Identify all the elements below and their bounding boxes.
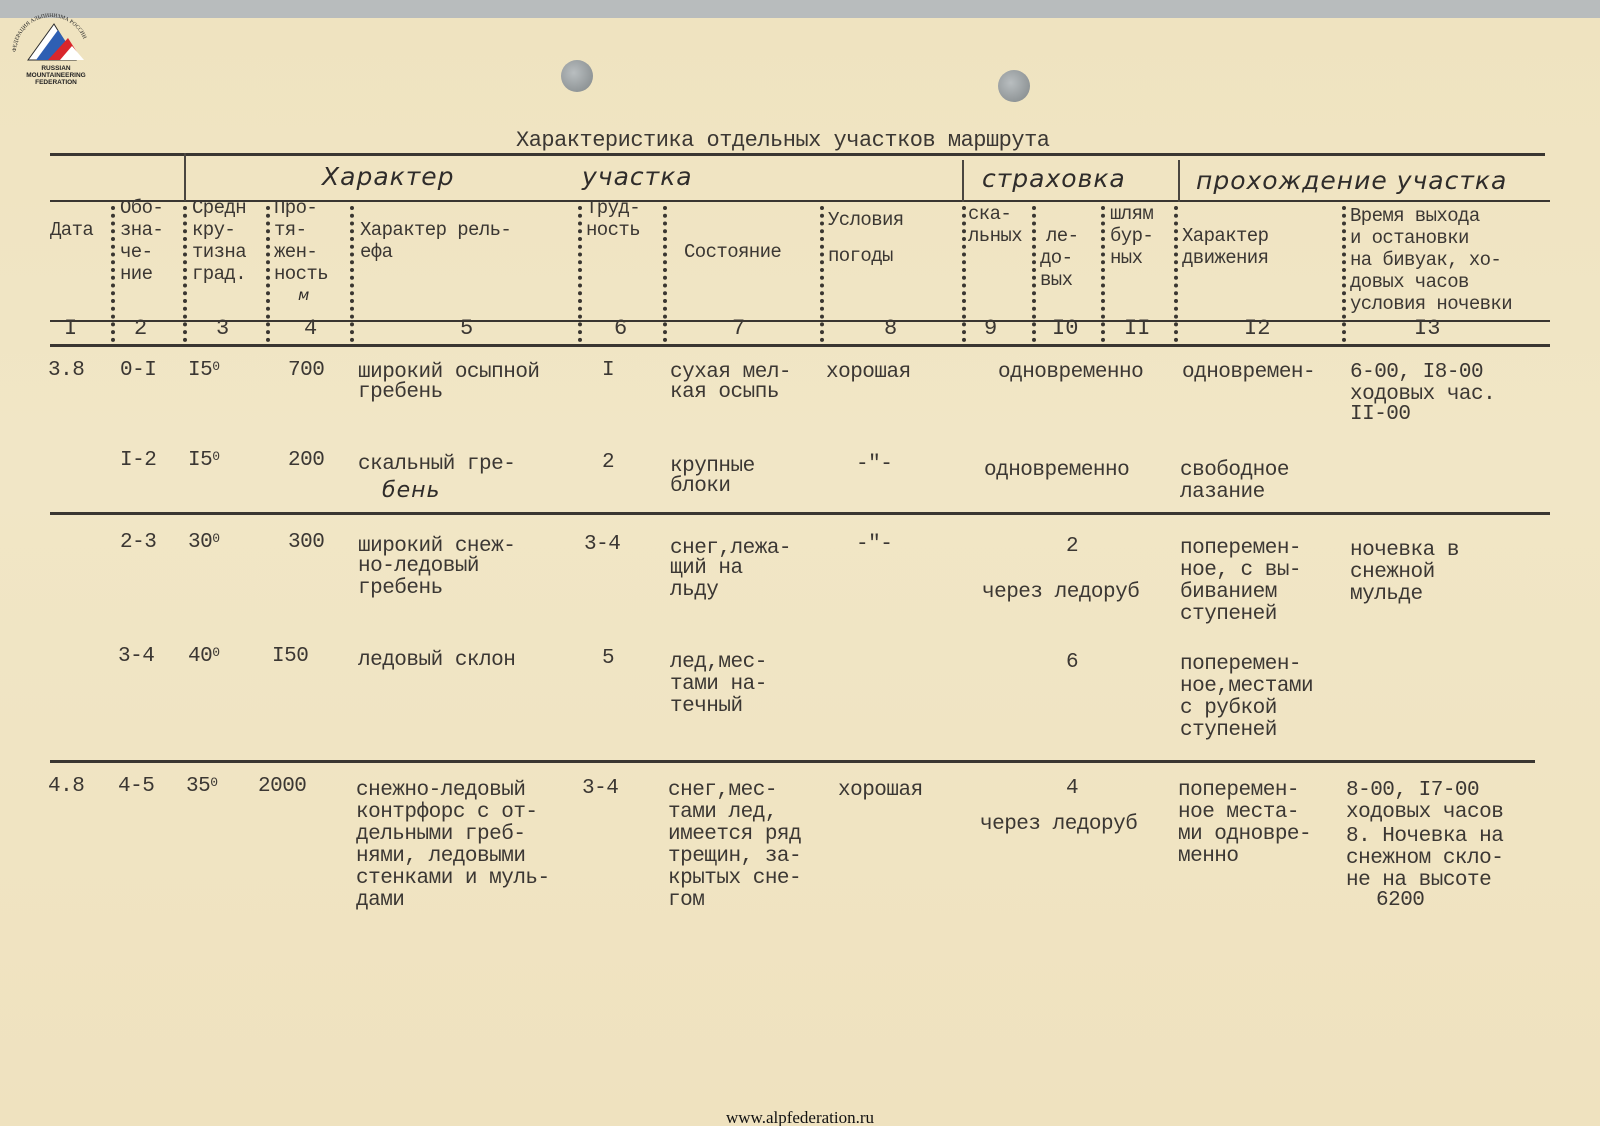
header-line: вых [1040,270,1072,291]
logo-caption: RUSSIAN MOUNTAINEERING FEDERATION [14,65,98,86]
cell-movement: ное,местами [1180,676,1313,698]
column-number: 6 [614,318,627,340]
col-sep [1342,206,1350,342]
cell-condition: крытых сне- [668,868,801,890]
header-line: кру- [192,220,235,241]
column-number: I3 [1414,318,1440,340]
cell-date: 4.8 [48,776,84,798]
header-line: до- [1040,248,1072,269]
steepness-value: I5 [188,359,212,382]
cell-steepness: I50 [188,450,220,472]
col-sep [183,206,191,342]
header-line: ефа [360,242,392,263]
cell-condition: гом [668,890,704,912]
steepness-value: 40 [188,645,212,668]
header-line: Труд- [586,198,640,219]
rule-header-bottom [50,320,1550,322]
cell-relief: снежно-ледовый [356,780,525,802]
logo-line: MOUNTAINEERING [14,72,98,79]
cell-relief: но-ледовый [358,556,479,578]
scan-top-border [0,0,1600,20]
cell-time: снежной [1350,562,1435,584]
column-number: 4 [304,318,317,340]
degree-mark: 0 [212,531,219,546]
steepness-value: 35 [186,775,210,798]
cell-time: 8. Ночевка на [1346,826,1503,848]
header-line: условия ночевки [1350,294,1512,315]
cell-difficulty: 3-4 [584,534,620,556]
header-line: на бивуак, хо- [1350,250,1501,271]
cell-time: снежном скло- [1346,848,1503,870]
cell-length: I50 [272,646,308,668]
header-line: ность [586,220,640,241]
header-line: довых часов [1350,272,1469,293]
cell-length: 700 [288,360,324,382]
cell-weather: хорошая [826,362,911,384]
header-line: Характер [1182,226,1268,247]
rule-row-separator [50,512,1550,515]
header-line: Про- [274,198,317,219]
header-line: льных [968,226,1022,247]
punch-hole [561,60,593,92]
cell-movement: биванием [1180,582,1277,604]
cell-belay-note: через ледоруб [980,814,1137,836]
header-line: Дата [50,220,93,241]
cell-belay: одновременно [998,362,1143,384]
cell-condition: блоки [670,476,731,498]
cell-steepness: 300 [188,532,220,554]
header-line: жен- [274,242,317,263]
cell-relief: нями, ледовыми [356,846,525,868]
group-header-passage: прохождение участка [1196,166,1507,195]
federation-logo: ФЕДЕРАЦИЯ АЛЬПИНИЗМА РОССИИ RUSSIAN MOUN… [6,10,96,82]
steepness-value: 30 [188,531,212,554]
header-line: ность [274,264,328,285]
cell-belay-ice: 4 [1066,778,1078,800]
group-header-belay: страховка [982,164,1126,193]
header-line: ска- [968,204,1011,225]
col-sep [1101,206,1109,342]
cell-length: 300 [288,532,324,554]
cell-segment: 4-5 [118,776,154,798]
cell-belay-note: через ледоруб [982,582,1139,604]
degree-mark: 0 [212,645,219,660]
cell-steepness: 350 [186,776,218,798]
cell-movement: ное, с вы- [1180,560,1301,582]
cell-movement: ступеней [1180,604,1277,626]
cell-weather: -"- [856,534,892,556]
header-line: Время выхода [1350,206,1480,227]
cell-movement: менно [1178,846,1239,868]
header-line: ние [120,264,152,285]
cell-difficulty: I [602,360,614,382]
col-sep [111,206,119,342]
header-unit: м [298,286,310,304]
cell-condition: тами на- [670,674,767,696]
cell-belay-ice: 2 [1066,536,1078,558]
cell-steepness: 400 [188,646,220,668]
header-line: шлям [1110,204,1153,225]
rule-row-separator [50,760,1535,763]
header-line: Характер рель- [360,220,511,241]
degree-mark: 0 [210,775,217,790]
cell-length: 200 [288,450,324,472]
col-sep [1174,206,1182,342]
header-line: че- [120,242,152,263]
header-line: Условия [828,210,904,231]
col-sep [663,206,671,342]
header-line: зна- [120,220,163,241]
column-number: 9 [984,318,997,340]
cell-time: ночевка в [1350,540,1459,562]
cell-weather: хорошая [838,780,923,802]
cell-segment: 3-4 [118,646,154,668]
cell-time: II-00 [1350,404,1411,426]
col-sep [266,206,274,342]
cell-movement: с рубкой [1180,698,1277,720]
group-header-character-2: участка [582,162,693,191]
header-line: ле- [1046,226,1078,247]
cell-time: мульде [1350,584,1423,606]
cell-movement: ступеней [1180,720,1277,742]
document-title: Характеристика отдельных участков маршру… [516,130,1050,152]
header-line: тизна [192,242,246,263]
col-sep [820,206,828,342]
cell-condition: тами лед, [668,802,777,824]
column-number: II [1124,318,1150,340]
header-line: погоды [828,246,893,267]
cell-movement: поперемен- [1178,780,1299,802]
column-number: 5 [460,318,473,340]
cell-condition: лед,мес- [670,652,767,674]
cell-relief: ледовый склон [358,650,515,672]
logo-line: FEDERATION [14,79,98,86]
header-line: Обо- [120,198,163,219]
cell-relief-handwritten: бень [382,478,440,503]
cell-condition: трещин, за- [668,846,801,868]
column-number: I [64,318,77,340]
cell-relief: дами [356,890,404,912]
rule-top [50,153,1545,156]
column-number: I0 [1052,318,1078,340]
cell-relief: гребень [358,578,443,600]
cell-condition: кая осыпь [670,382,779,404]
cell-date: 3.8 [48,360,84,382]
cell-condition: снег,мес- [668,780,777,802]
cell-movement: поперемен- [1180,654,1301,676]
cell-condition: льду [670,580,718,602]
cell-segment: 2-3 [120,532,156,554]
group-divider [1178,160,1180,202]
header-line: Состояние [684,242,781,263]
header-line: движения [1182,248,1268,269]
col-sep [350,206,358,342]
cell-movement: поперемен- [1180,538,1301,560]
header-line: Средн [192,198,246,219]
cell-movement: свободное [1180,460,1289,482]
cell-relief: гребень [358,382,443,404]
cell-movement: лазание [1180,482,1265,504]
cell-weather: -"- [856,454,892,476]
header-line: ных [1110,248,1142,269]
col-sep [1032,206,1040,342]
group-divider [962,160,964,202]
column-number: 8 [884,318,897,340]
group-divider [184,153,186,201]
cell-movement: ное места- [1178,802,1299,824]
footer-url[interactable]: www.alpfederation.ru [0,1108,1600,1126]
cell-belay-ice: 6 [1066,652,1078,674]
mountain-logo-icon: ФЕДЕРАЦИЯ АЛЬПИНИЗМА РОССИИ [6,10,96,70]
degree-mark: 0 [212,359,219,374]
cell-relief: стенками и муль- [356,868,550,890]
punch-hole [998,70,1030,102]
col-sep [578,206,586,342]
cell-difficulty: 2 [602,452,614,474]
cell-condition: щий на [670,558,743,580]
cell-length: 2000 [258,776,306,798]
column-number: 7 [732,318,745,340]
cell-condition: имеется ряд [668,824,801,846]
header-line: и остановки [1350,228,1469,249]
cell-segment: 0-I [120,360,156,382]
header-line: град. [192,264,246,285]
cell-belay: одновременно [984,460,1129,482]
cell-difficulty: 3-4 [582,778,618,800]
cell-time: ходовых часов [1346,802,1503,824]
header-line: тя- [274,220,306,241]
cell-time: 6200 [1376,890,1424,912]
cell-relief: скальный гре- [358,454,515,476]
cell-relief: дельными греб- [356,824,525,846]
column-number: I2 [1244,318,1270,340]
group-header-character-1: Характер [322,162,455,191]
cell-condition: течный [670,696,743,718]
cell-time: 8-00, I7-00 [1346,780,1479,802]
cell-segment: I-2 [120,450,156,472]
cell-relief: контрфорс с от- [356,802,538,824]
cell-steepness: I50 [188,360,220,382]
logo-line: RUSSIAN [14,65,98,72]
cell-time: 6-00, I8-00 [1350,362,1483,384]
cell-movement: ми одновре- [1178,824,1311,846]
degree-mark: 0 [212,449,219,464]
column-number: 3 [216,318,229,340]
rule-numbers-bottom [50,344,1550,347]
cell-movement: одновремен- [1182,362,1315,384]
cell-difficulty: 5 [602,648,614,670]
column-number: 2 [134,318,147,340]
steepness-value: I5 [188,449,212,472]
header-line: бур- [1110,226,1153,247]
